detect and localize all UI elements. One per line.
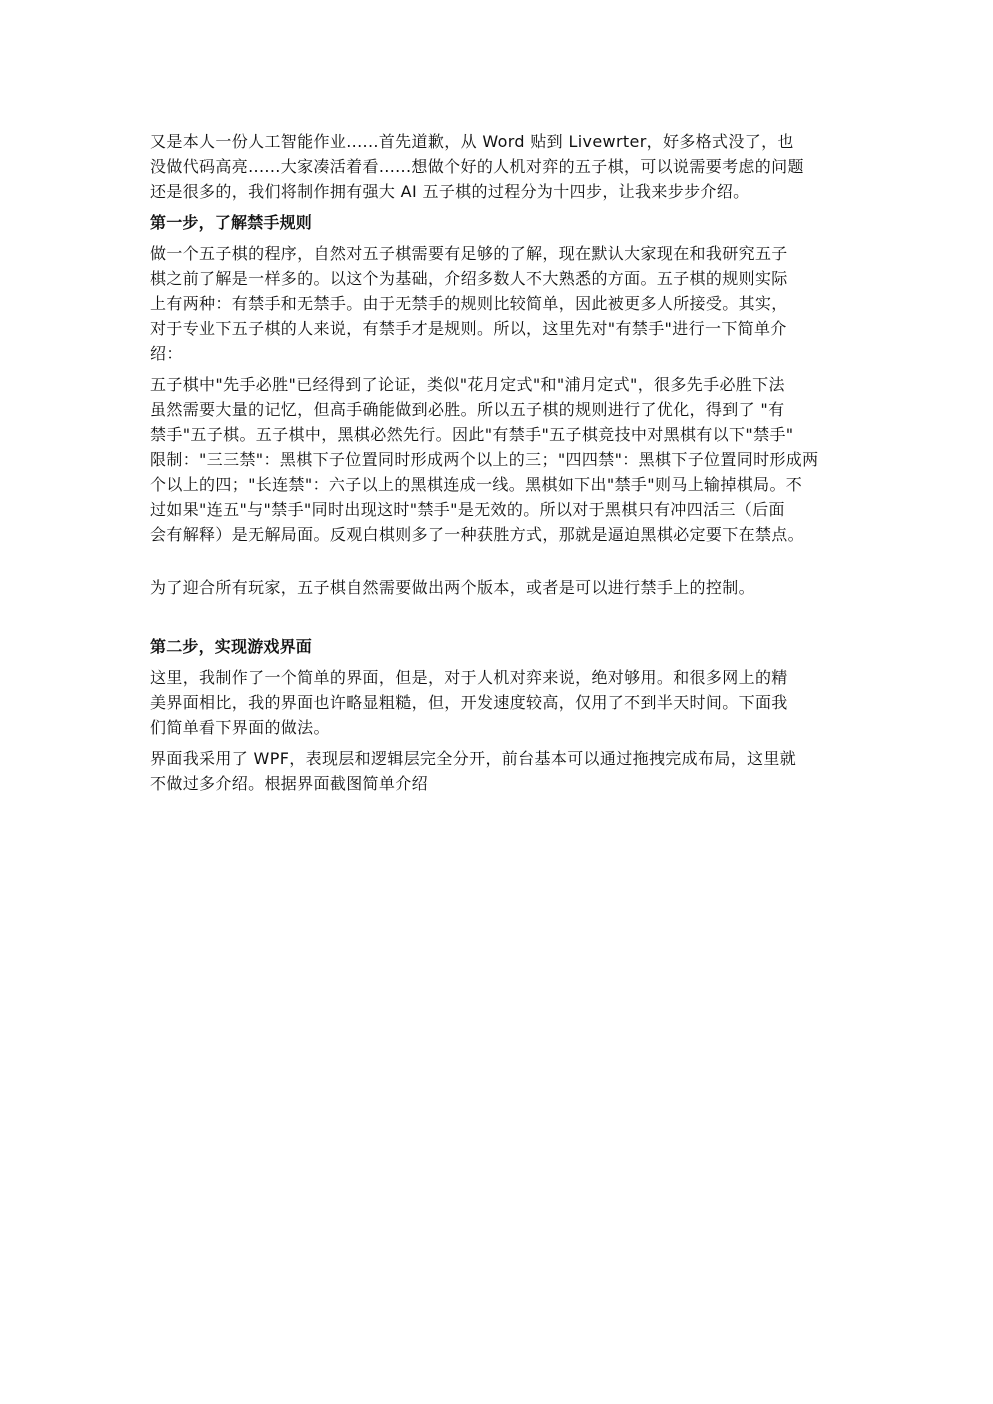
intro-paragraph: 又是本人一份人工智能作业......首先道歉，从 Word 贴到 Livewrt… bbox=[150, 129, 850, 204]
text-line: 个以上的四；"长连禁"：六子以上的黑棋连成一线。黑棋如下出"禁手"则马上输掉棋局… bbox=[150, 472, 850, 497]
text-line: 上有两种：有禁手和无禁手。由于无禁手的规则比较简单，因此被更多人所接受。其实， bbox=[150, 291, 850, 316]
step1-paragraph-1: 做一个五子棋的程序，自然对五子棋需要有足够的了解，现在默认大家现在和我研究五子 … bbox=[150, 241, 850, 366]
step1-paragraph-3: 为了迎合所有玩家，五子棋自然需要做出两个版本，或者是可以进行禁手上的控制。 bbox=[150, 575, 850, 600]
text-line: 限制："三三禁"：黑棋下子位置同时形成两个以上的三；"四四禁"：黑棋下子位置同时… bbox=[150, 447, 850, 472]
step2-heading: 第二步，实现游戏界面 bbox=[150, 634, 850, 659]
text-line: 对于专业下五子棋的人来说，有禁手才是规则。所以，这里先对"有禁手"进行一下简单介 bbox=[150, 316, 850, 341]
text-line: 还是很多的，我们将制作拥有强大 AI 五子棋的过程分为十四步，让我来步步介绍。 bbox=[150, 179, 850, 204]
text-line: 没做代码高亮......大家凑活着看......想做个好的人机对弈的五子棋，可以… bbox=[150, 154, 850, 179]
text-line: 美界面相比，我的界面也许略显粗糙，但，开发速度较高，仅用了不到半天时间。下面我 bbox=[150, 690, 850, 715]
text-line: 绍： bbox=[150, 341, 850, 366]
text-line: 不做过多介绍。根据界面截图简单介绍 bbox=[150, 771, 850, 796]
text-line: 五子棋中"先手必胜"已经得到了论证，类似"花月定式"和"浦月定式"，很多先手必胜… bbox=[150, 372, 850, 397]
step1-heading: 第一步，了解禁手规则 bbox=[150, 210, 850, 235]
spacer bbox=[150, 606, 850, 634]
text-line: 过如果"连五"与"禁手"同时出现这时"禁手"是无效的。所以对于黑棋只有冲四活三（… bbox=[150, 497, 850, 522]
text-line: 禁手"五子棋。五子棋中，黑棋必然先行。因此"有禁手"五子棋竞技中对黑棋有以下"禁… bbox=[150, 422, 850, 447]
spacer bbox=[150, 553, 850, 575]
step1-paragraph-2: 五子棋中"先手必胜"已经得到了论证，类似"花月定式"和"浦月定式"，很多先手必胜… bbox=[150, 372, 850, 547]
step2-paragraph-1: 这里，我制作了一个简单的界面，但是，对于人机对弈来说，绝对够用。和很多网上的精 … bbox=[150, 665, 850, 740]
text-line: 界面我采用了 WPF，表现层和逻辑层完全分开，前台基本可以通过拖拽完成布局，这里… bbox=[150, 746, 850, 771]
text-line: 虽然需要大量的记忆，但高手确能做到必胜。所以五子棋的规则进行了优化，得到了 "有 bbox=[150, 397, 850, 422]
text-line: 们简单看下界面的做法。 bbox=[150, 715, 850, 740]
document-page: 又是本人一份人工智能作业......首先道歉，从 Word 贴到 Livewrt… bbox=[150, 129, 850, 802]
text-line: 棋之前了解是一样多的。以这个为基础，介绍多数人不大熟悉的方面。五子棋的规则实际 bbox=[150, 266, 850, 291]
text-line: 为了迎合所有玩家，五子棋自然需要做出两个版本，或者是可以进行禁手上的控制。 bbox=[150, 575, 850, 600]
step2-paragraph-2: 界面我采用了 WPF，表现层和逻辑层完全分开，前台基本可以通过拖拽完成布局，这里… bbox=[150, 746, 850, 796]
text-line: 做一个五子棋的程序，自然对五子棋需要有足够的了解，现在默认大家现在和我研究五子 bbox=[150, 241, 850, 266]
text-line: 这里，我制作了一个简单的界面，但是，对于人机对弈来说，绝对够用。和很多网上的精 bbox=[150, 665, 850, 690]
text-line: 会有解释）是无解局面。反观白棋则多了一种获胜方式，那就是逼迫黑棋必定要下在禁点。 bbox=[150, 522, 850, 547]
text-line: 又是本人一份人工智能作业......首先道歉，从 Word 贴到 Livewrt… bbox=[150, 129, 850, 154]
